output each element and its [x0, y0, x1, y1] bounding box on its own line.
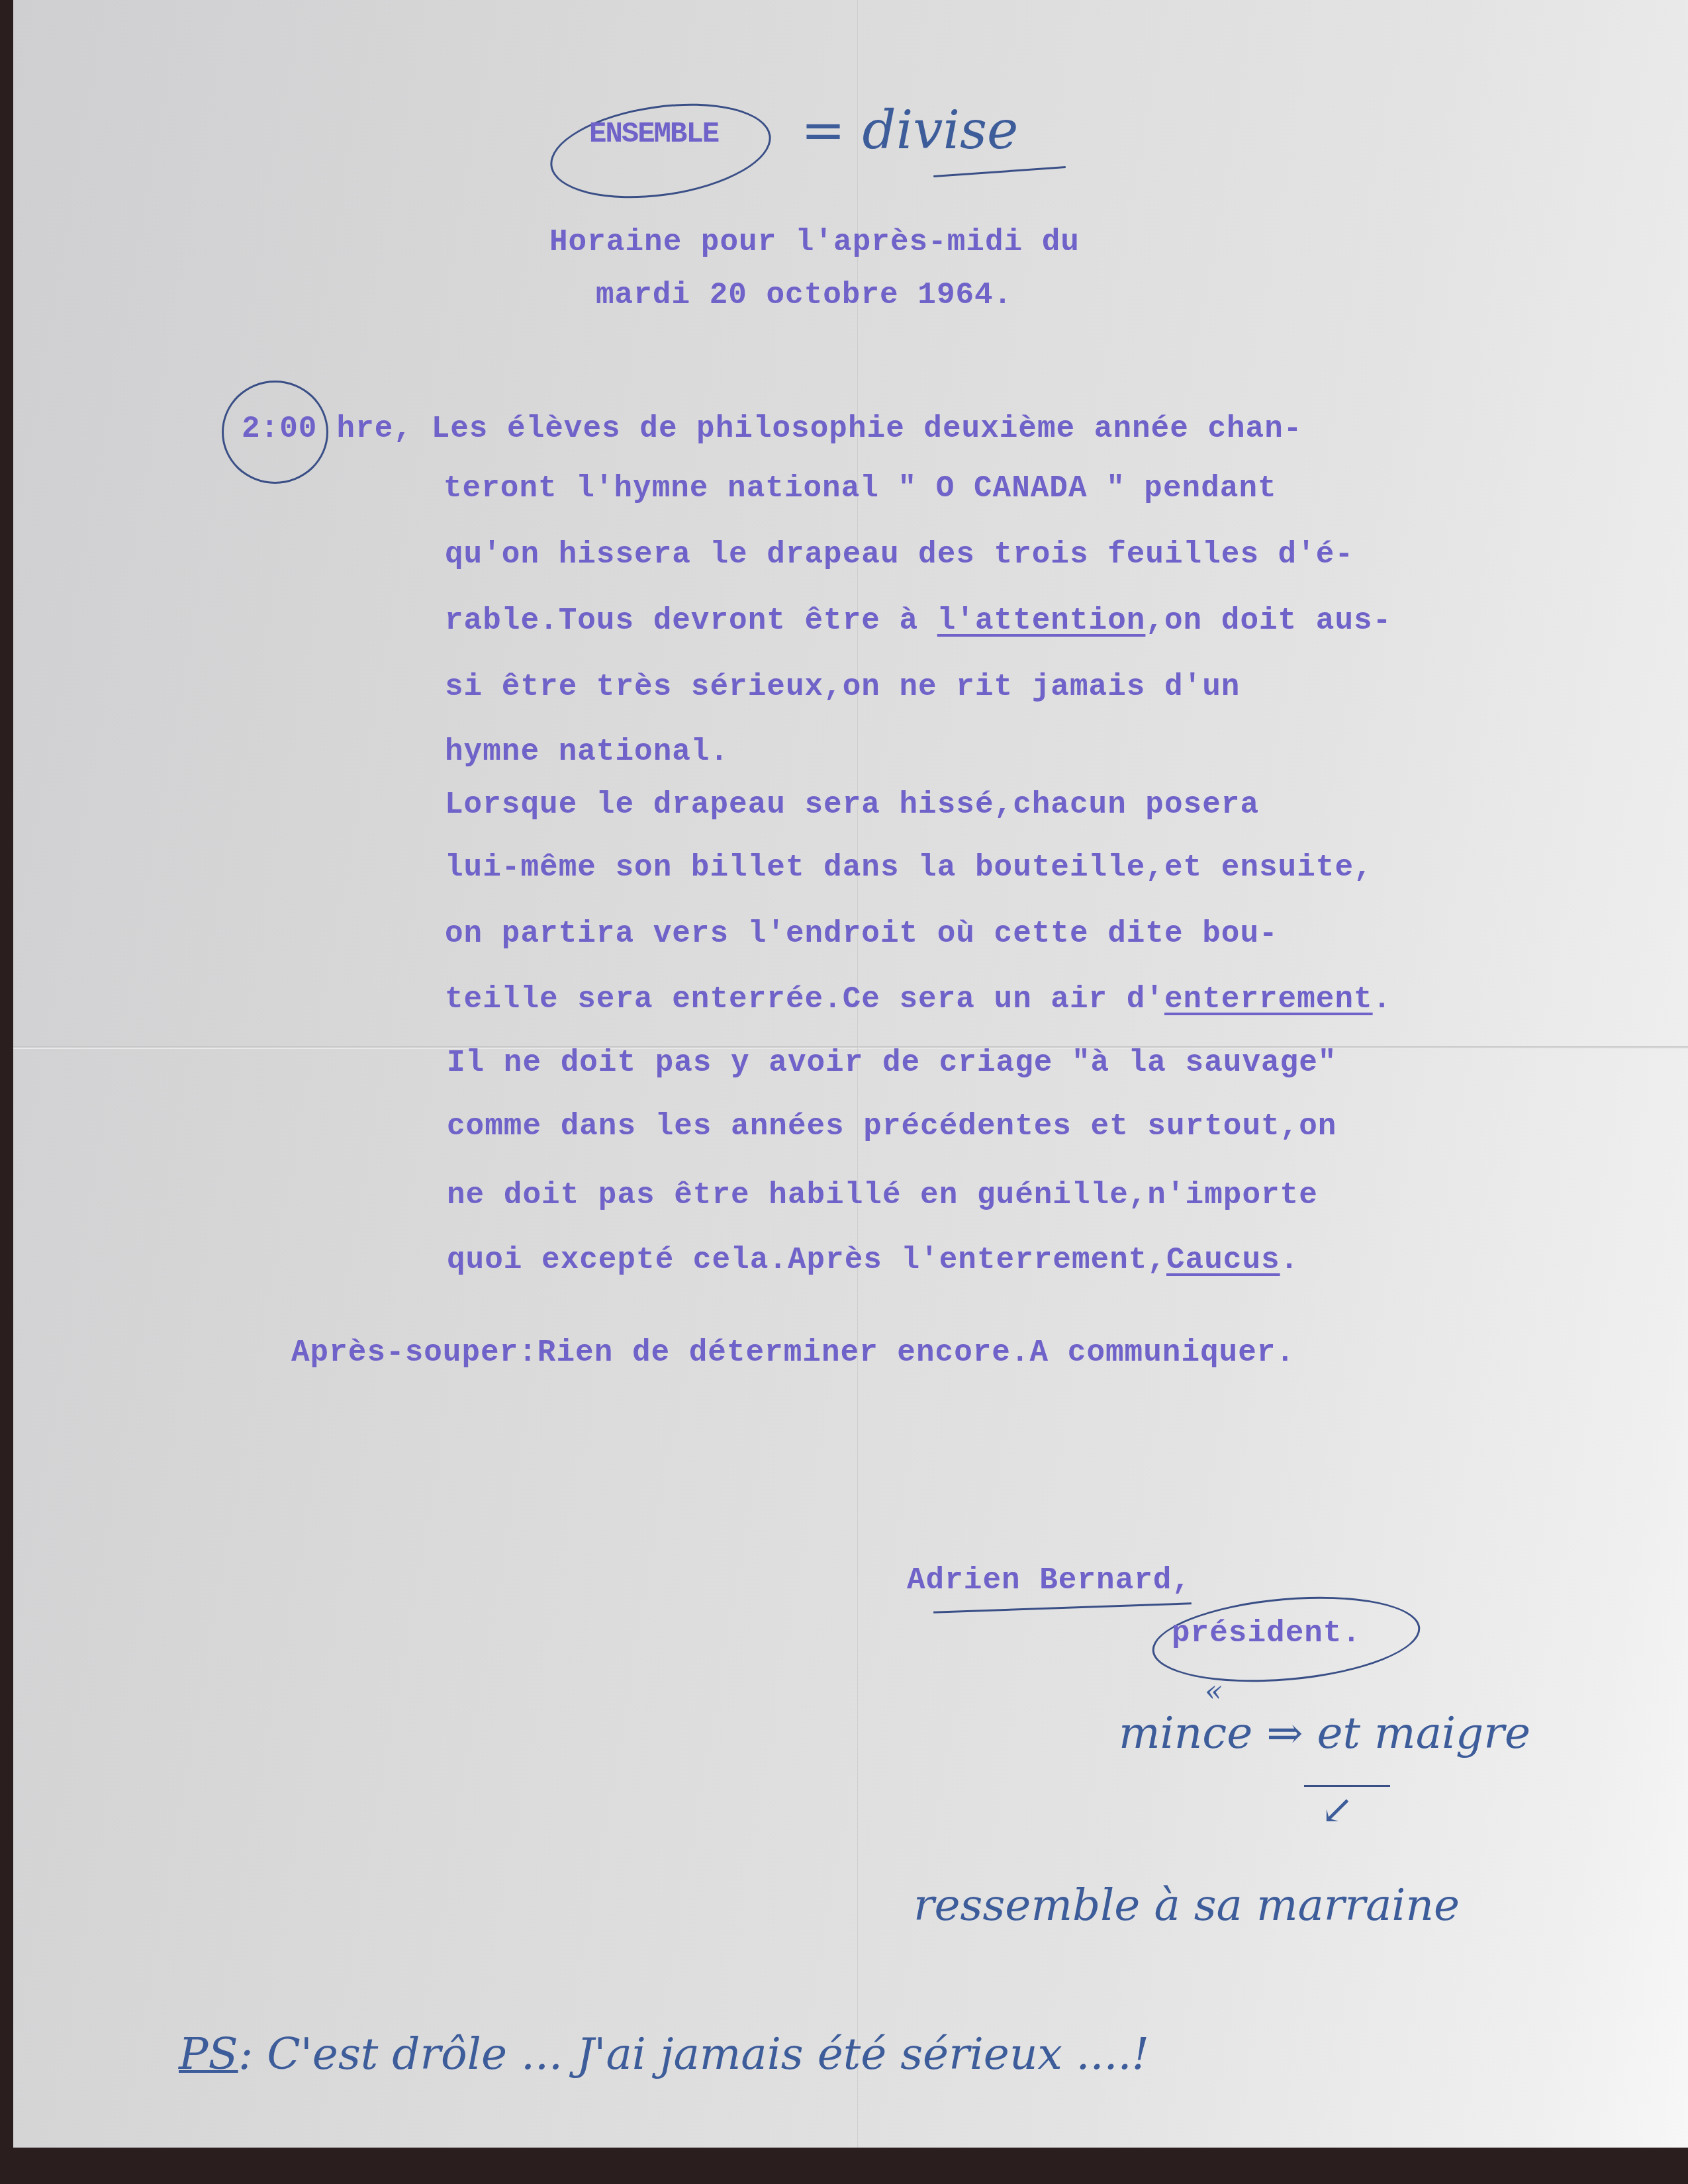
schedule-line-9: on partira vers l'endroit où cette dite …: [445, 917, 1278, 951]
scanner-bottom-edge: [0, 2148, 1688, 2184]
schedule-line-8: lui-même son billet dans la bouteille,et…: [445, 850, 1373, 885]
schedule-time: 2:00: [242, 412, 317, 446]
ps-label: PS: [179, 2028, 238, 2079]
letter-page: ENSEMBLE = divise Horaine pour l'après-m…: [13, 0, 1688, 2148]
schedule-line-11: Il ne doit pas y avoir de criage "à la s…: [447, 1046, 1336, 1080]
schedule-line-14: quoi excepté cela.Après l'enterrement,Ca…: [447, 1243, 1299, 1277]
handwritten-note-line-1: mince ⇒ et maigre: [1119, 1707, 1530, 1758]
schedule-line-10: teille sera enterrée.Ce sera un air d'en…: [445, 982, 1391, 1017]
signature-name: Adrien Bernard,: [907, 1563, 1191, 1598]
schedule-line-3: qu'on hissera le drapeau des trois feuil…: [445, 537, 1354, 572]
divise-underline: [933, 166, 1066, 177]
ps-text: : C'est drôle ... J'ai jamais été sérieu…: [238, 2028, 1149, 2079]
schedule-line-2: teront l'hymne national " O CANADA " pen…: [444, 471, 1277, 506]
handwritten-mark: «: [1205, 1674, 1223, 1708]
signature-role: président.: [1172, 1616, 1361, 1651]
motto-annotation-divise: = divise: [801, 99, 1018, 161]
schedule-line-14-text: quoi excepté cela.Après l'enterrement,: [447, 1243, 1166, 1277]
motto-circle-annotation: [544, 91, 777, 210]
schedule-line-1: hre, Les élèves de philosophie deuxième …: [318, 412, 1302, 446]
schedule-line-12: comme dans les années précédentes et sur…: [447, 1109, 1336, 1144]
schedule-line-4-text: rable.Tous devront être à: [445, 604, 937, 638]
underlined-enterrement: enterrement: [1164, 982, 1373, 1017]
schedule-line-7: Lorsque le drapeau sera hissé,chacun pos…: [445, 788, 1259, 822]
underlined-attention: l'attention: [937, 604, 1146, 638]
signature-underline: [933, 1602, 1192, 1614]
schedule-line-4: rable.Tous devront être à l'attention,on…: [445, 604, 1391, 638]
motto-ensemble: ENSEMBLE: [589, 118, 718, 151]
schedule-line-10-tail: .: [1373, 982, 1392, 1017]
down-arrow-icon: ↙: [1321, 1787, 1354, 1833]
schedule-line-4-tail: ,on doit aus-: [1145, 604, 1391, 638]
title-line-1: Horaine pour l'après-midi du: [549, 225, 1080, 259]
handwritten-note-line-2: ressemble à sa marraine: [914, 1880, 1460, 1931]
schedule-line-5: si être très sérieux,on ne rit jamais d'…: [445, 670, 1240, 704]
underlined-caucus: Caucus: [1166, 1243, 1280, 1277]
schedule-line-10-text: teille sera enterrée.Ce sera un air d': [445, 982, 1164, 1017]
schedule-line-13: ne doit pas être habillé en guénille,n'i…: [447, 1178, 1318, 1212]
after-supper-line: Après-souper:Rien de déterminer encore.A…: [291, 1336, 1295, 1370]
title-line-2: mardi 20 octobre 1964.: [596, 278, 1012, 312]
schedule-line-6: hymne national.: [445, 735, 729, 769]
schedule-line-14-tail: .: [1280, 1243, 1299, 1277]
